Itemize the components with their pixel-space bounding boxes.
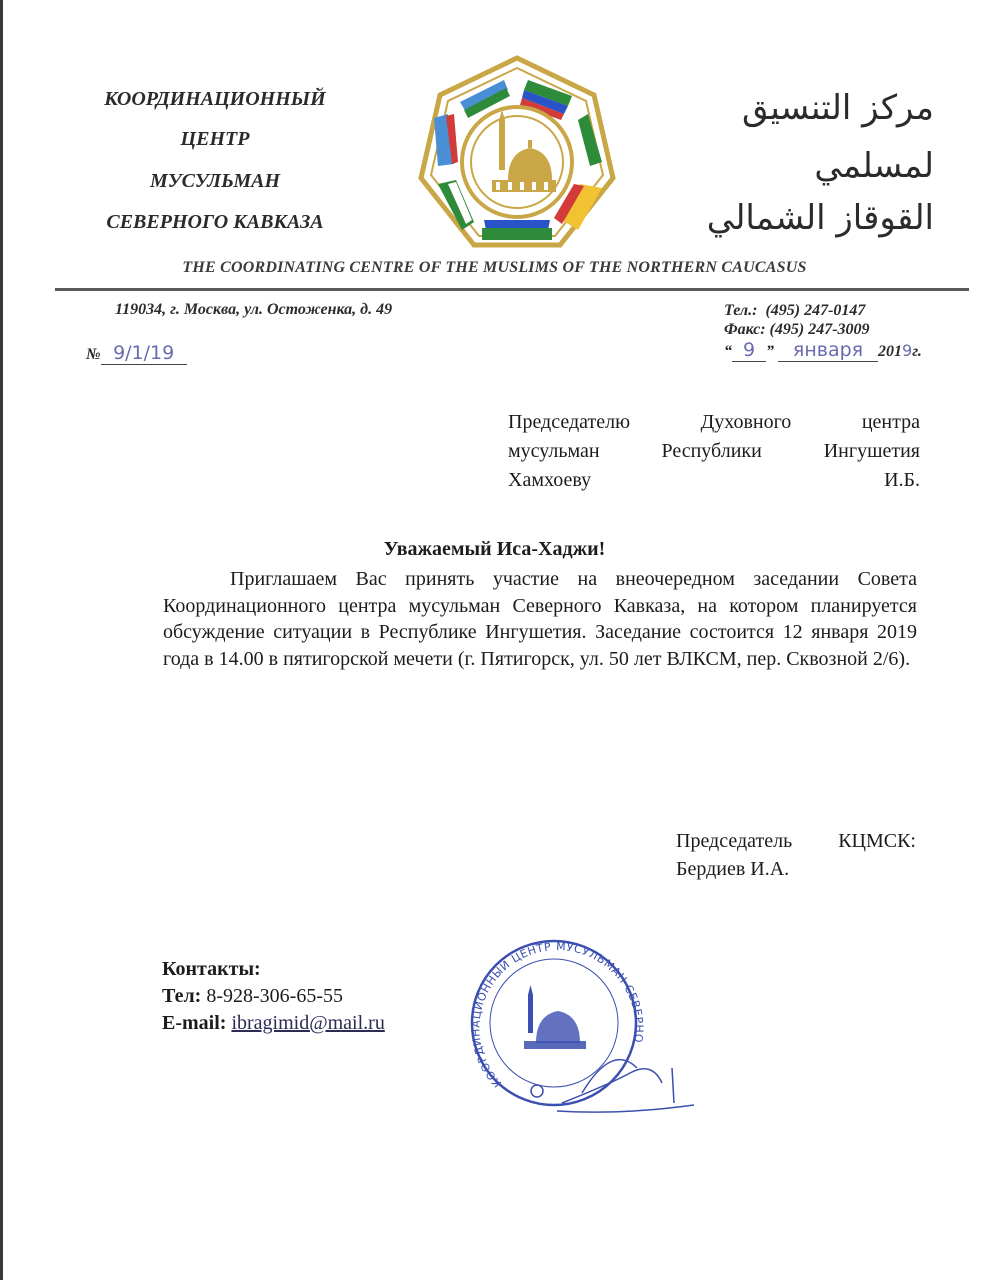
signature-block: ПредседательКЦМСК: Бердиев И.А. xyxy=(676,827,916,883)
recipient-word: мусульман xyxy=(508,437,600,466)
number-value: 9/1/19 xyxy=(113,342,174,364)
date-suffix: г. xyxy=(912,343,922,360)
signer-name: Бердиев И.А. xyxy=(676,855,916,883)
contacts-block: Контакты: Тел: 8-928-306-65-55 E-mail: i… xyxy=(162,956,385,1037)
scan-edge xyxy=(0,0,3,1280)
svg-text:КООРДИНАЦИОННЫЙ ЦЕНТР МУСУЛЬМА: КООРДИНАЦИОННЫЙ ЦЕНТР МУСУЛЬМАН СЕВЕРНОГ… xyxy=(462,933,645,1090)
number-label: № xyxy=(86,346,101,363)
letter-body-text: Приглашаем Вас принять участие на внеоче… xyxy=(163,568,917,670)
header-ar-line-3: القوقاز الشمالي xyxy=(674,198,934,238)
header-ru-line-1: КООРДИНАЦИОННЫЙ xyxy=(80,88,350,111)
emblem-logo-icon xyxy=(412,52,622,257)
date-close-quote: ” xyxy=(766,343,774,360)
english-title: THE COORDINATING CENTRE OF THE MUSLIMS O… xyxy=(0,259,989,277)
salutation: Уважаемый Иса-Хаджи! xyxy=(0,538,989,561)
contacts-email-link[interactable]: ibragimid@mail.ru xyxy=(231,1012,384,1034)
tel-value: (495) 247-0147 xyxy=(765,302,865,319)
tel-line: Тел.: (495) 247-0147 xyxy=(724,301,922,320)
date-line: “9” января2019г. xyxy=(724,341,922,362)
recipient-word: Духовного xyxy=(701,408,792,437)
recipient-block: Председателю Духовного центра мусульман … xyxy=(508,408,920,495)
header-ru-line-4: СЕВЕРНОГО КАВКАЗА xyxy=(80,211,350,234)
recipient-word: Республики xyxy=(661,437,761,466)
contacts-tel-value: 8-928-306-65-55 xyxy=(206,985,343,1007)
address: 119034, г. Москва, ул. Остоженка, д. 49 xyxy=(115,301,392,319)
contacts-heading: Контакты: xyxy=(162,958,261,980)
date-year-hand: 9 xyxy=(902,341,912,360)
document-number: №9/1/19 xyxy=(86,342,187,365)
header-ru-line-2: ЦЕНТР xyxy=(80,128,350,151)
official-stamp-icon: КООРДИНАЦИОННЫЙ ЦЕНТР МУСУЛЬМАН СЕВЕРНОГ… xyxy=(462,933,702,1123)
fax-label: Факс: xyxy=(724,321,766,338)
letter-body: Приглашаем Вас принять участие на внеоче… xyxy=(163,566,917,672)
letterhead-contacts: Тел.: (495) 247-0147 Факс: (495) 247-300… xyxy=(724,301,922,362)
date-day: 9 xyxy=(743,339,755,361)
contacts-tel-label: Тел: xyxy=(162,985,201,1007)
recipient-word: Ингушетия xyxy=(824,437,920,466)
date-year-prefix: 201 xyxy=(878,343,902,360)
fax-value: (495) 247-3009 xyxy=(770,321,870,338)
recipient-word: Председателю xyxy=(508,408,630,437)
contacts-email-label: E-mail: xyxy=(162,1012,226,1034)
recipient-word: центра xyxy=(862,408,920,437)
signer-org: КЦМСК: xyxy=(838,827,916,855)
date-month: января xyxy=(793,339,863,361)
header-ar-line-2: لمسلمي xyxy=(674,146,934,186)
header-ru-line-3: МУСУЛЬМАН xyxy=(80,170,350,193)
header-divider xyxy=(55,288,969,291)
date-open-quote: “ xyxy=(724,343,732,360)
fax-line: Факс: (495) 247-3009 xyxy=(724,320,922,339)
stamp-ring-text: КООРДИНАЦИОННЫЙ ЦЕНТР МУСУЛЬМАН СЕВЕРНОГ… xyxy=(462,933,645,1090)
tel-label: Тел.: xyxy=(724,302,757,319)
header-ar-line-1: مركز التنسيق xyxy=(674,88,934,128)
recipient-name: Хамхоеву И.Б. xyxy=(508,466,920,495)
signer-title: Председатель xyxy=(676,827,792,855)
